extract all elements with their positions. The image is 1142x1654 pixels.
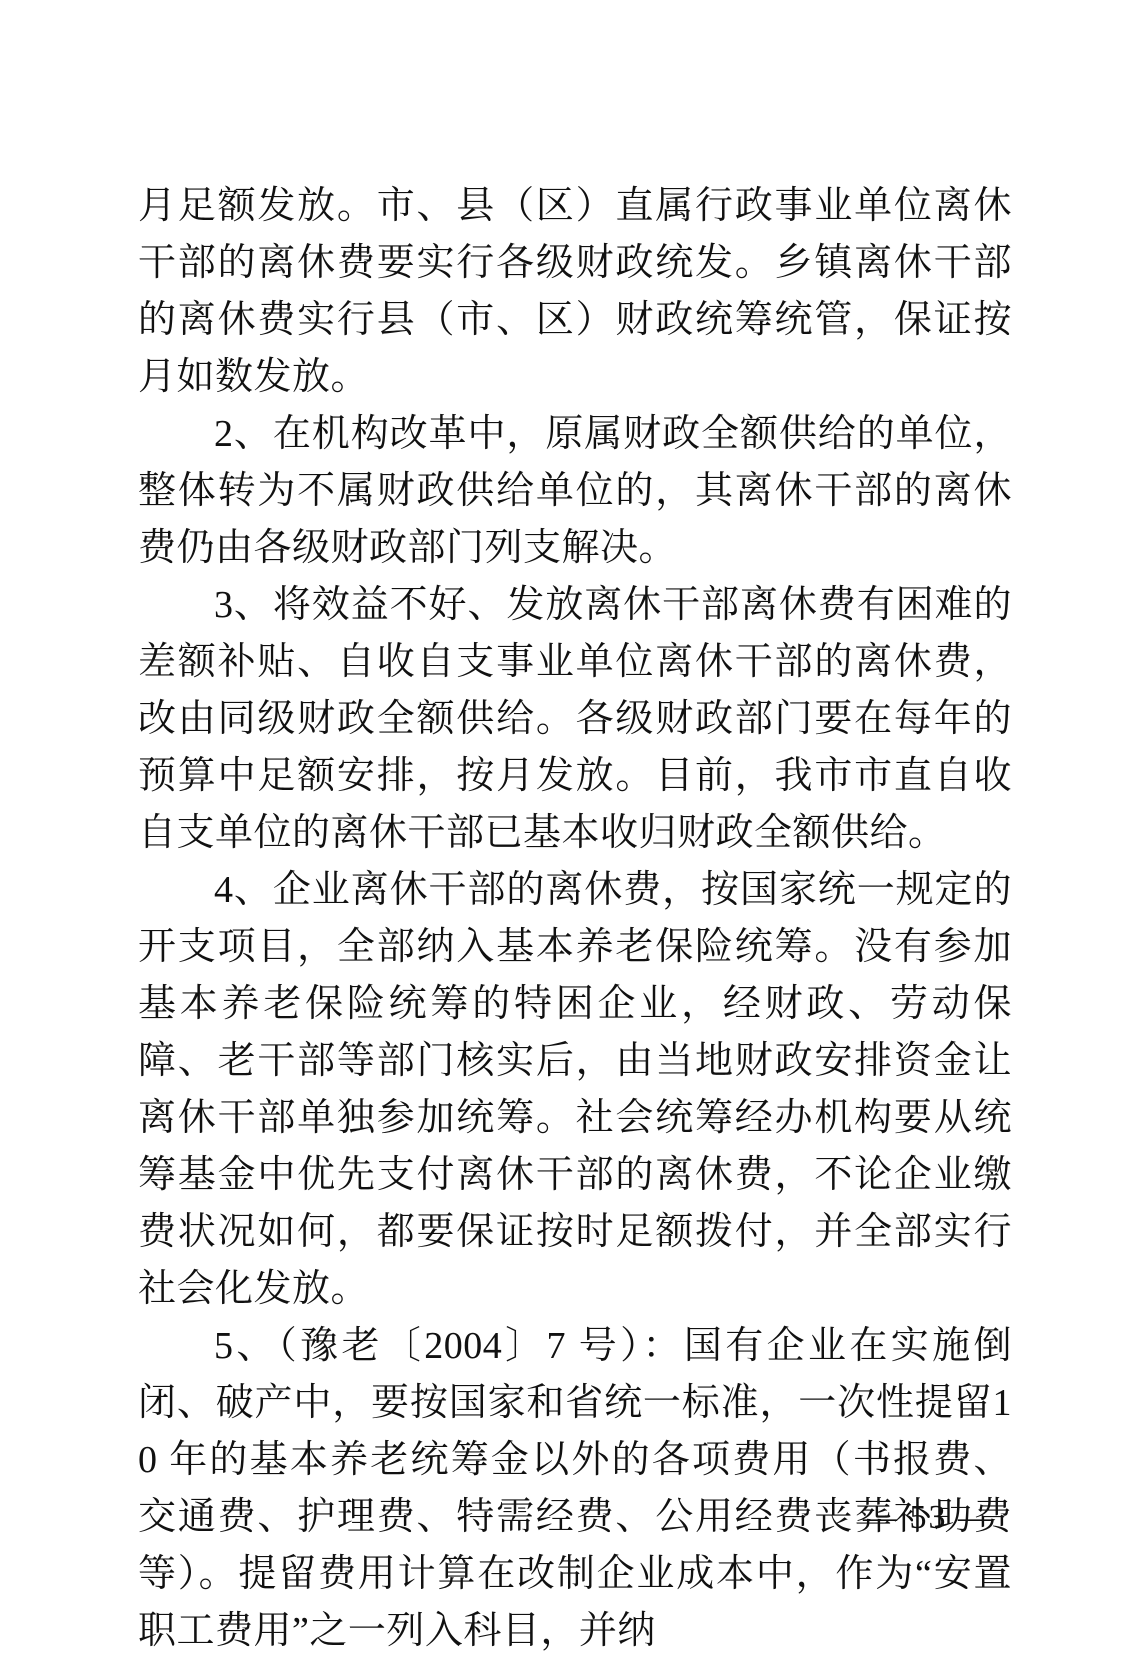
text-block: 月足额发放。市、县（区）直属行政事业单位离休干部的离休费要实行各级财政统发。乡镇… (138, 178, 1012, 1654)
document-page: 月足额发放。市、县（区）直属行政事业单位离休干部的离休费要实行各级财政统发。乡镇… (0, 0, 1142, 1654)
paragraph-item-3: 3、将效益不好、发放离休干部离休费有困难的差额补贴、自收自支事业单位离休干部的离… (138, 577, 1012, 862)
paragraph-item-4: 4、企业离休干部的离休费，按国家统一规定的开支项目，全部纳入基本养老保险统筹。没… (138, 862, 1012, 1318)
paragraph-item-5: 5、（豫老〔2004〕7 号）：国有企业在实施倒闭、破产中，要按国家和省统一标准… (138, 1318, 1012, 1654)
page-number: — 53 — (863, 1498, 994, 1538)
paragraph-item-2: 2、在机构改革中，原属财政全额供给的单位，整体转为不属财政供给单位的，其离休干部… (138, 406, 1012, 577)
paragraph-continuation: 月足额发放。市、县（区）直属行政事业单位离休干部的离休费要实行各级财政统发。乡镇… (138, 178, 1012, 406)
